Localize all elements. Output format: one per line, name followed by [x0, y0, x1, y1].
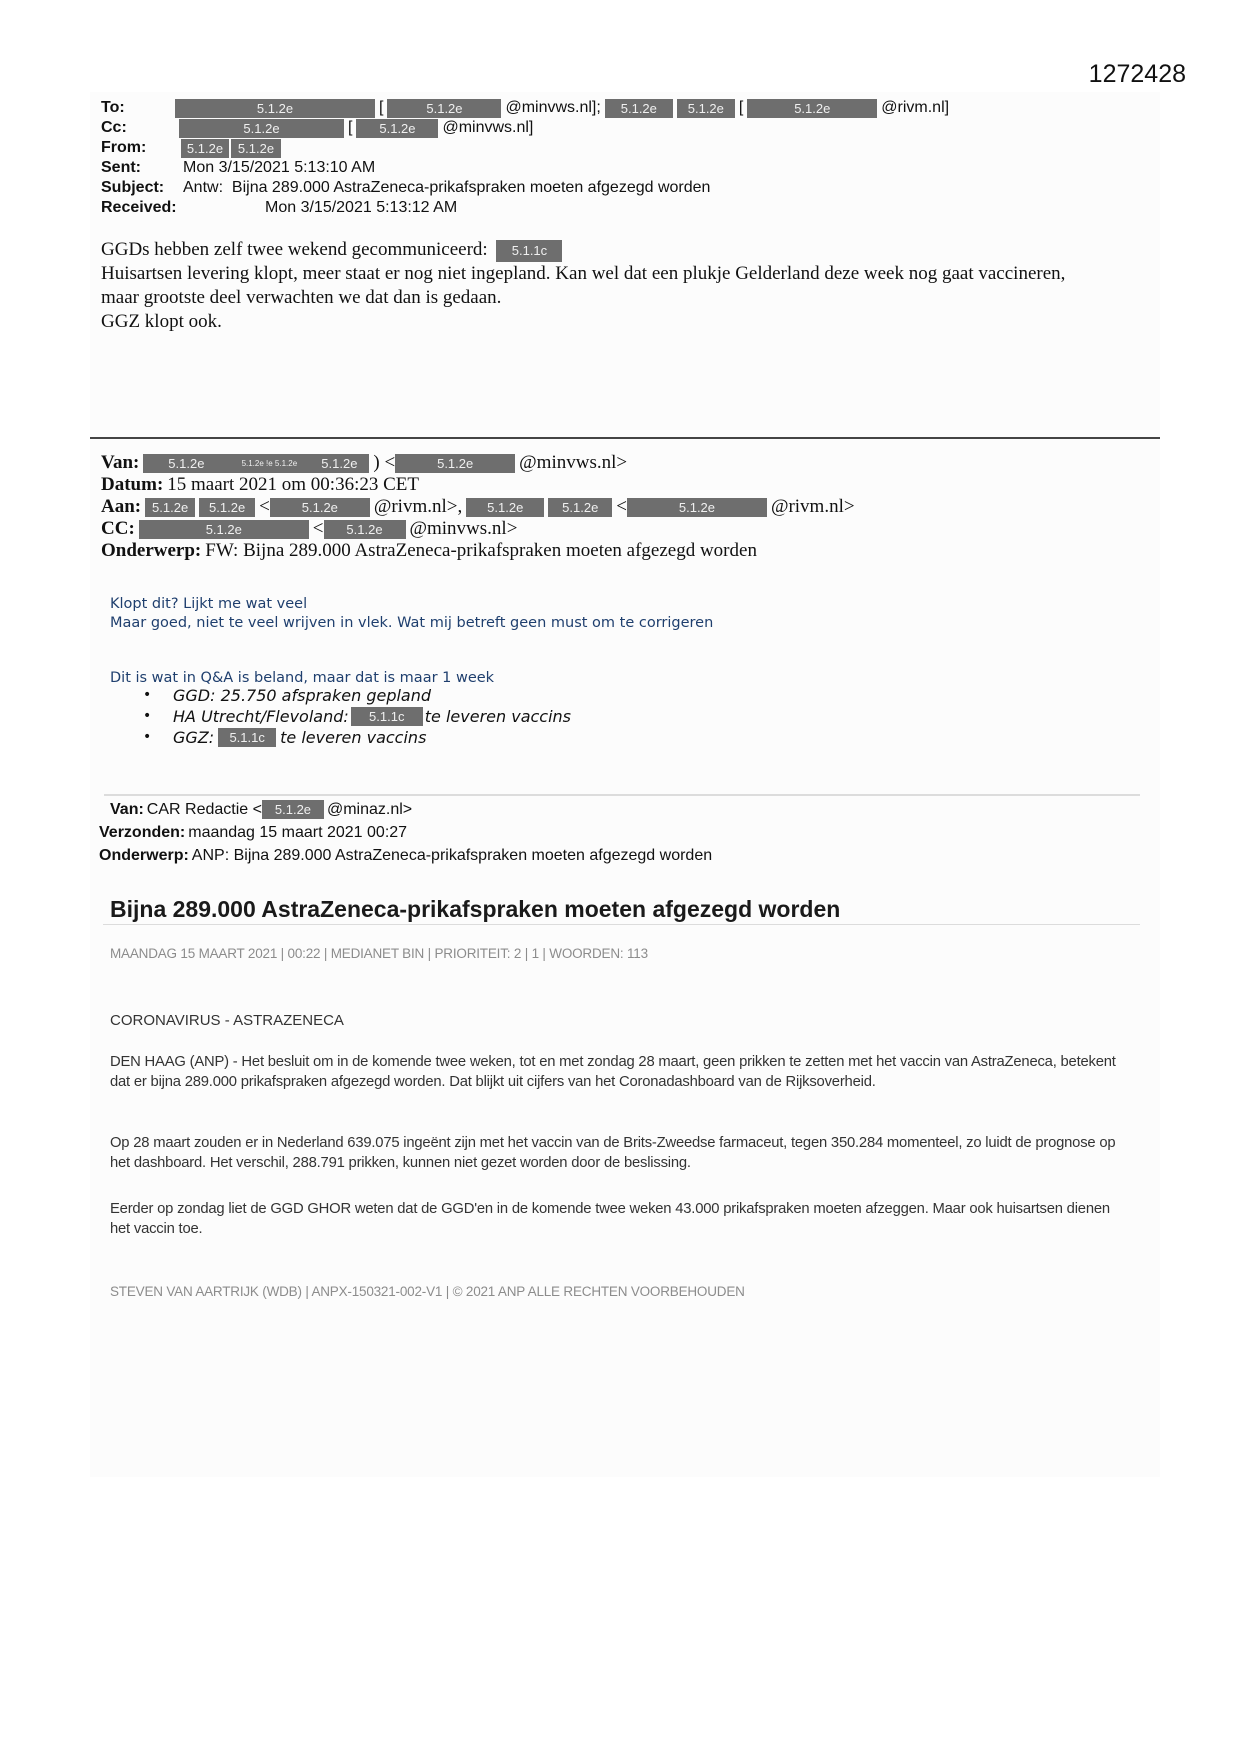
van-name: CAR Redactie <: [147, 798, 262, 821]
redaction: 5.1.2e: [395, 454, 515, 473]
redaction: 5.1.1c: [496, 240, 562, 262]
redaction: 5.1.2e: [270, 498, 370, 517]
email3-onderwerp-row: Onderwerp: ANP: Bijna 289.000 AstraZenec…: [99, 844, 712, 867]
onderwerp-label: Onderwerp:: [99, 844, 189, 867]
onderwerp-value: ANP: Bijna 289.000 AstraZeneca-prikafspr…: [192, 844, 712, 867]
redaction: 5.1.2e: [231, 139, 281, 158]
received-value: Mon 3/15/2021 5:13:12 AM: [265, 198, 457, 218]
lt: <: [616, 496, 627, 518]
email1-subject-row: Subject: Antw: Bijna 289.000 AstraZeneca…: [101, 178, 949, 198]
lt: <: [313, 518, 324, 540]
received-label: Received:: [101, 198, 183, 218]
redaction: 5.1.2e: [627, 498, 767, 517]
article-paragraph: DEN HAAG (ANP) - Het besluit om in de ko…: [110, 1052, 1130, 1092]
list-item: • HA Utrecht/Flevoland: 5.1.1c te levere…: [143, 706, 571, 727]
email2-body: Klopt dit? Lijkt me wat veel Maar goed, …: [110, 595, 713, 688]
van-domain: @minaz.nl>: [327, 798, 412, 821]
article-title: Bijna 289.000 AstraZeneca-prikafspraken …: [110, 896, 840, 923]
email3-van-row: Van: CAR Redactie < 5.1.2e @minaz.nl>: [99, 798, 712, 821]
redaction: 5.1.2e: [175, 99, 375, 118]
van-label: Van:: [101, 452, 139, 474]
van-label: Van:: [110, 798, 144, 821]
email3-header: Van: CAR Redactie < 5.1.2e @minaz.nl> Ve…: [99, 798, 712, 867]
document-number: 1272428: [1089, 60, 1186, 89]
email2-datum-row: Datum: 15 maart 2021 om 00:36:23 CET: [101, 474, 855, 496]
redaction: 5.1.2e: [181, 139, 229, 158]
article-footer: STEVEN VAN AARTRIJK (WDB) | ANPX-150321-…: [110, 1284, 745, 1299]
verzonden-label: Verzonden:: [99, 821, 185, 844]
article-paragraph: Op 28 maart zouden er in Nederland 639.0…: [110, 1133, 1130, 1173]
body-text: GGDs hebben zelf twee wekend gecommunice…: [101, 239, 488, 260]
to-label: To:: [101, 98, 183, 118]
onderwerp-label: Onderwerp:: [101, 540, 201, 562]
article-meta: MAANDAG 15 MAART 2021 | 00:22 | MEDIANET…: [110, 946, 648, 961]
email1-from-row: From: 5.1.2e 5.1.2e: [101, 138, 949, 158]
bracket: [: [379, 98, 383, 118]
cc-label: CC:: [101, 518, 135, 540]
redaction: 5.1.2e: [309, 454, 369, 473]
email2-header: Van: 5.1.2e 5.1.2e !e 5.1.2e 5.1.2e ) < …: [101, 452, 855, 562]
sent-label: Sent:: [101, 158, 183, 178]
body-line: Huisartsen levering klopt, meer staat er…: [101, 262, 1101, 310]
email1-body: GGDs hebben zelf twee wekend gecommunice…: [101, 238, 1101, 334]
body-line: GGDs hebben zelf twee wekend gecommunice…: [101, 238, 1101, 262]
cc-domain: @minvws.nl]: [442, 118, 533, 138]
van-domain: @minvws.nl>: [519, 452, 627, 474]
body-line: Maar goed, niet te veel wrijven in vlek.…: [110, 614, 713, 633]
email1-to-row: To: 5.1.2e [ 5.1.2e @minvws.nl]; 5.1.2e …: [101, 98, 949, 118]
redaction: 5.1.2e: [145, 498, 195, 517]
subject-value: Antw: Bijna 289.000 AstraZeneca-prikafsp…: [183, 178, 710, 198]
van-paren: ) <: [373, 452, 395, 474]
divider: [104, 794, 1140, 796]
divider: [103, 924, 1140, 925]
aan-domain-1: @rivm.nl>,: [374, 496, 462, 518]
bracket: [: [348, 118, 352, 138]
sent-value: Mon 3/15/2021 5:13:10 AM: [183, 158, 375, 178]
subject-label: Subject:: [101, 178, 183, 198]
lt: <: [259, 496, 270, 518]
onderwerp-value: FW: Bijna 289.000 AstraZeneca-prikafspra…: [205, 540, 757, 562]
redaction: 5.1.2e: [356, 119, 438, 138]
article-paragraph: Eerder op zondag liet de GGD GHOR weten …: [110, 1199, 1130, 1239]
redaction: 5.1.2e: [199, 498, 255, 517]
email3-verzonden-row: Verzonden: maandag 15 maart 2021 00:27: [99, 821, 712, 844]
article-section: CORONAVIRUS - ASTRAZENECA: [110, 1012, 344, 1029]
redaction: 5.1.2e: [747, 99, 877, 118]
divider: [90, 437, 1160, 439]
redaction: 5.1.2e: [143, 454, 229, 473]
cc-label: Cc:: [101, 118, 183, 138]
bracket: [: [739, 98, 743, 118]
bullet-list: • GGD: 25.750 afspraken gepland • HA Utr…: [143, 685, 571, 748]
redaction: 5.1.2e: [324, 520, 406, 539]
body-line: Klopt dit? Lijkt me wat veel: [110, 595, 713, 614]
email2-aan-row: Aan: 5.1.2e 5.1.2e < 5.1.2e @rivm.nl>, 5…: [101, 496, 855, 518]
body-line: GGZ klopt ook.: [101, 310, 1101, 334]
cc-domain: @minvws.nl>: [410, 518, 518, 540]
list-item: • GGZ: 5.1.1c te leveren vaccins: [143, 727, 571, 748]
redaction: 5.1.2e !e 5.1.2e: [229, 454, 309, 473]
redaction: 5.1.2e: [548, 498, 612, 517]
datum-label: Datum:: [101, 474, 163, 496]
redaction: 5.1.2e: [139, 520, 309, 539]
verzonden-value: maandag 15 maart 2021 00:27: [188, 821, 407, 844]
email1-sent-row: Sent: Mon 3/15/2021 5:13:10 AM: [101, 158, 949, 178]
redaction: 5.1.2e: [262, 800, 324, 819]
email2-cc-row: CC: 5.1.2e < 5.1.2e @minvws.nl>: [101, 518, 855, 540]
redaction: 5.1.2e: [677, 99, 735, 118]
datum-value: 15 maart 2021 om 00:36:23 CET: [167, 474, 419, 496]
email2-onderwerp-row: Onderwerp: FW: Bijna 289.000 AstraZeneca…: [101, 540, 855, 562]
to-domain: @minvws.nl];: [505, 98, 600, 118]
from-label: From:: [101, 138, 183, 158]
list-item: • GGD: 25.750 afspraken gepland: [143, 685, 571, 706]
redaction: 5.1.2e: [466, 498, 544, 517]
aan-domain-2: @rivm.nl>: [771, 496, 855, 518]
redaction: 5.1.1c: [351, 707, 423, 726]
email1-received-row: Received: Mon 3/15/2021 5:13:12 AM: [101, 198, 949, 218]
redaction: 5.1.2e: [605, 99, 673, 118]
email1-cc-row: Cc: 5.1.2e [ 5.1.2e @minvws.nl]: [101, 118, 949, 138]
email2-van-row: Van: 5.1.2e 5.1.2e !e 5.1.2e 5.1.2e ) < …: [101, 452, 855, 474]
email1-header: To: 5.1.2e [ 5.1.2e @minvws.nl]; 5.1.2e …: [101, 98, 949, 218]
to-domain-2: @rivm.nl]: [881, 98, 949, 118]
aan-label: Aan:: [101, 496, 141, 518]
redaction: 5.1.1c: [218, 728, 276, 747]
redaction: 5.1.2e: [387, 99, 501, 118]
redaction: 5.1.2e: [179, 119, 344, 138]
